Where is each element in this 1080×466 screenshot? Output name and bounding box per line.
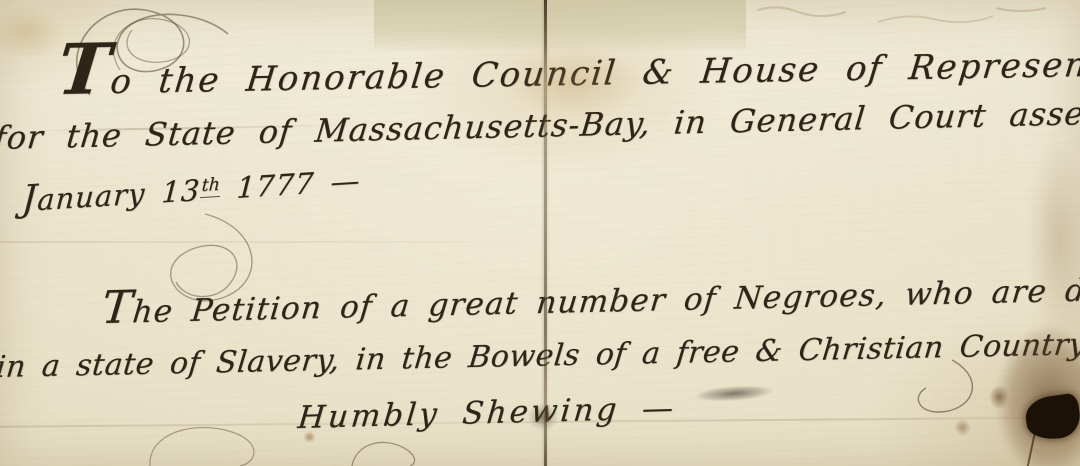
- paper-stain: [505, 46, 645, 118]
- paper-stain-dot: [303, 431, 316, 443]
- fold-crease-blotch: [527, 403, 559, 431]
- superscript-ordinal: th: [200, 175, 222, 198]
- stain-streak-right-edge: [1028, 140, 1080, 340]
- stain-spot: [954, 419, 971, 436]
- manuscript-page: To the Honorable Council & House of Repr…: [0, 0, 1080, 466]
- horizontal-crease: [0, 241, 545, 243]
